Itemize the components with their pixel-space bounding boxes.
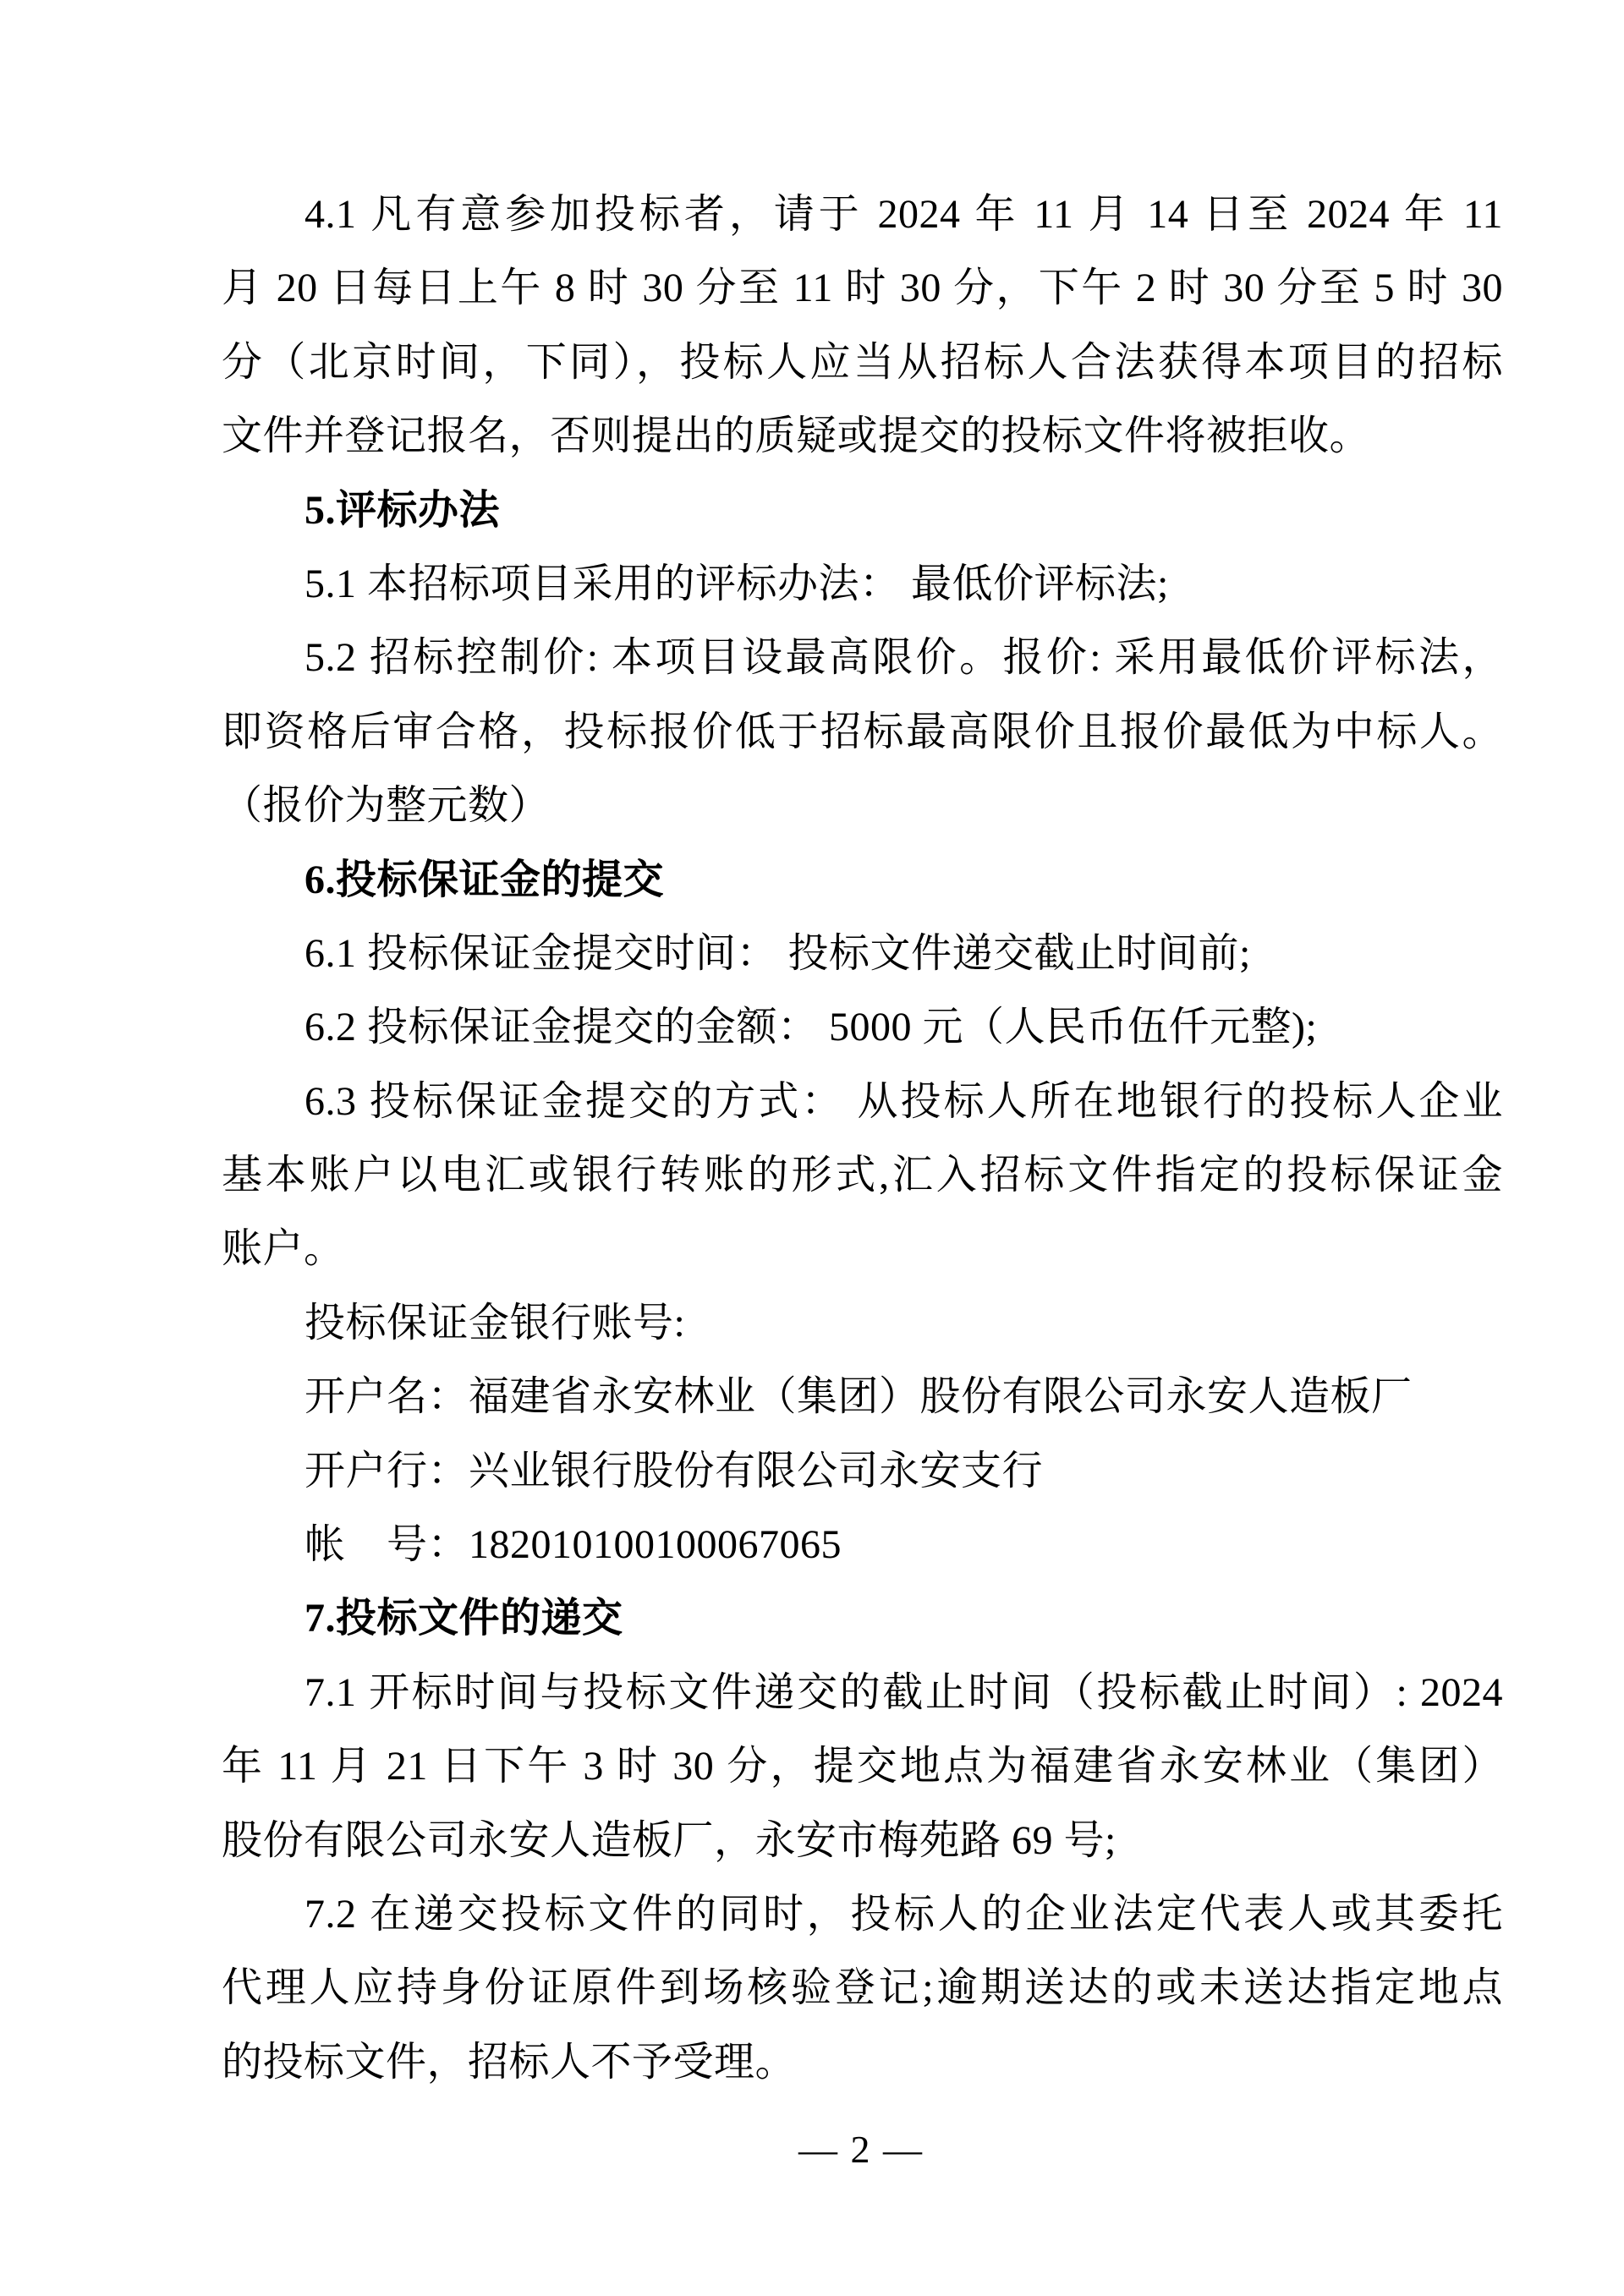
text-line: 6.1 投标保证金提交时间： 投标文件递交截止时间前; [222,917,1503,990]
text-line: 5.1 本招标项目采用的评标办法： 最低价评标法; [222,547,1503,621]
text-line: 6.2 投标保证金提交的金额： 5000 元（人民币伍仟元整); [222,990,1503,1064]
text-line: 7.1 开标时间与投标文件递交的截止时间（投标截止时间）: 2024 [222,1656,1503,1729]
text-line: 基本账户以电汇或银行转账的形式,汇入招标文件指定的投标保证金 [222,1138,1503,1212]
text-line: 文件并登记报名，否则提出的质疑或提交的投标文件将被拒收。 [222,399,1503,473]
text-line: 4.1 凡有意参加投标者，请于 2024 年 11 月 14 日至 2024 年… [222,178,1503,251]
text-line: 即资格后审合格，投标报价低于招标最高限价且报价最低为中标人。 [222,695,1503,769]
text-line: 年 11 月 21 日下午 3 时 30 分，提交地点为福建省永安林业（集团） [222,1729,1503,1803]
text-line: 分（北京时间，下同），投标人应当从招标人合法获得本项目的招标 [222,326,1503,399]
text-line: 的投标文件，招标人不予受理。 [222,2025,1503,2099]
text-line: 账户。 [222,1212,1503,1285]
heading-line: 7.投标文件的递交 [222,1581,1503,1655]
text-line: 开户行：兴业银行股份有限公司永安支行 [222,1434,1503,1508]
text-line: 帐 号：182010100100067065 [222,1508,1503,1581]
heading-line: 6.投标保证金的提交 [222,843,1503,917]
page-number: — 2 — [49,2124,1624,2175]
text-line: 6.3 投标保证金提交的方式： 从投标人所在地银行的投标人企业 [222,1065,1503,1138]
text-line: 股份有限公司永安人造板厂，永安市梅苑路 69 号; [222,1804,1503,1877]
document-lines: 4.1 凡有意参加投标者，请于 2024 年 11 月 14 日至 2024 年… [222,178,1503,2099]
text-line: 7.2 在递交投标文件的同时，投标人的企业法定代表人或其委托 [222,1877,1503,1951]
text-line: 代理人应持身份证原件到场核验登记;逾期送达的或未送达指定地点 [222,1951,1503,2025]
text-line: 投标保证金银行账号: [222,1286,1503,1360]
text-line: 月 20 日每日上午 8 时 30 分至 11 时 30 分，下午 2 时 30… [222,251,1503,325]
text-line: 开户名：福建省永安林业（集团）股份有限公司永安人造板厂 [222,1360,1503,1433]
text-line: （报价为整元数） [222,769,1503,842]
document-page: 4.1 凡有意参加投标者，请于 2024 年 11 月 14 日至 2024 年… [0,0,1624,2296]
text-line: 5.2 招标控制价: 本项目设最高限价。报价: 采用最低价评标法， [222,621,1503,694]
heading-line: 5.评标办法 [222,474,1503,547]
